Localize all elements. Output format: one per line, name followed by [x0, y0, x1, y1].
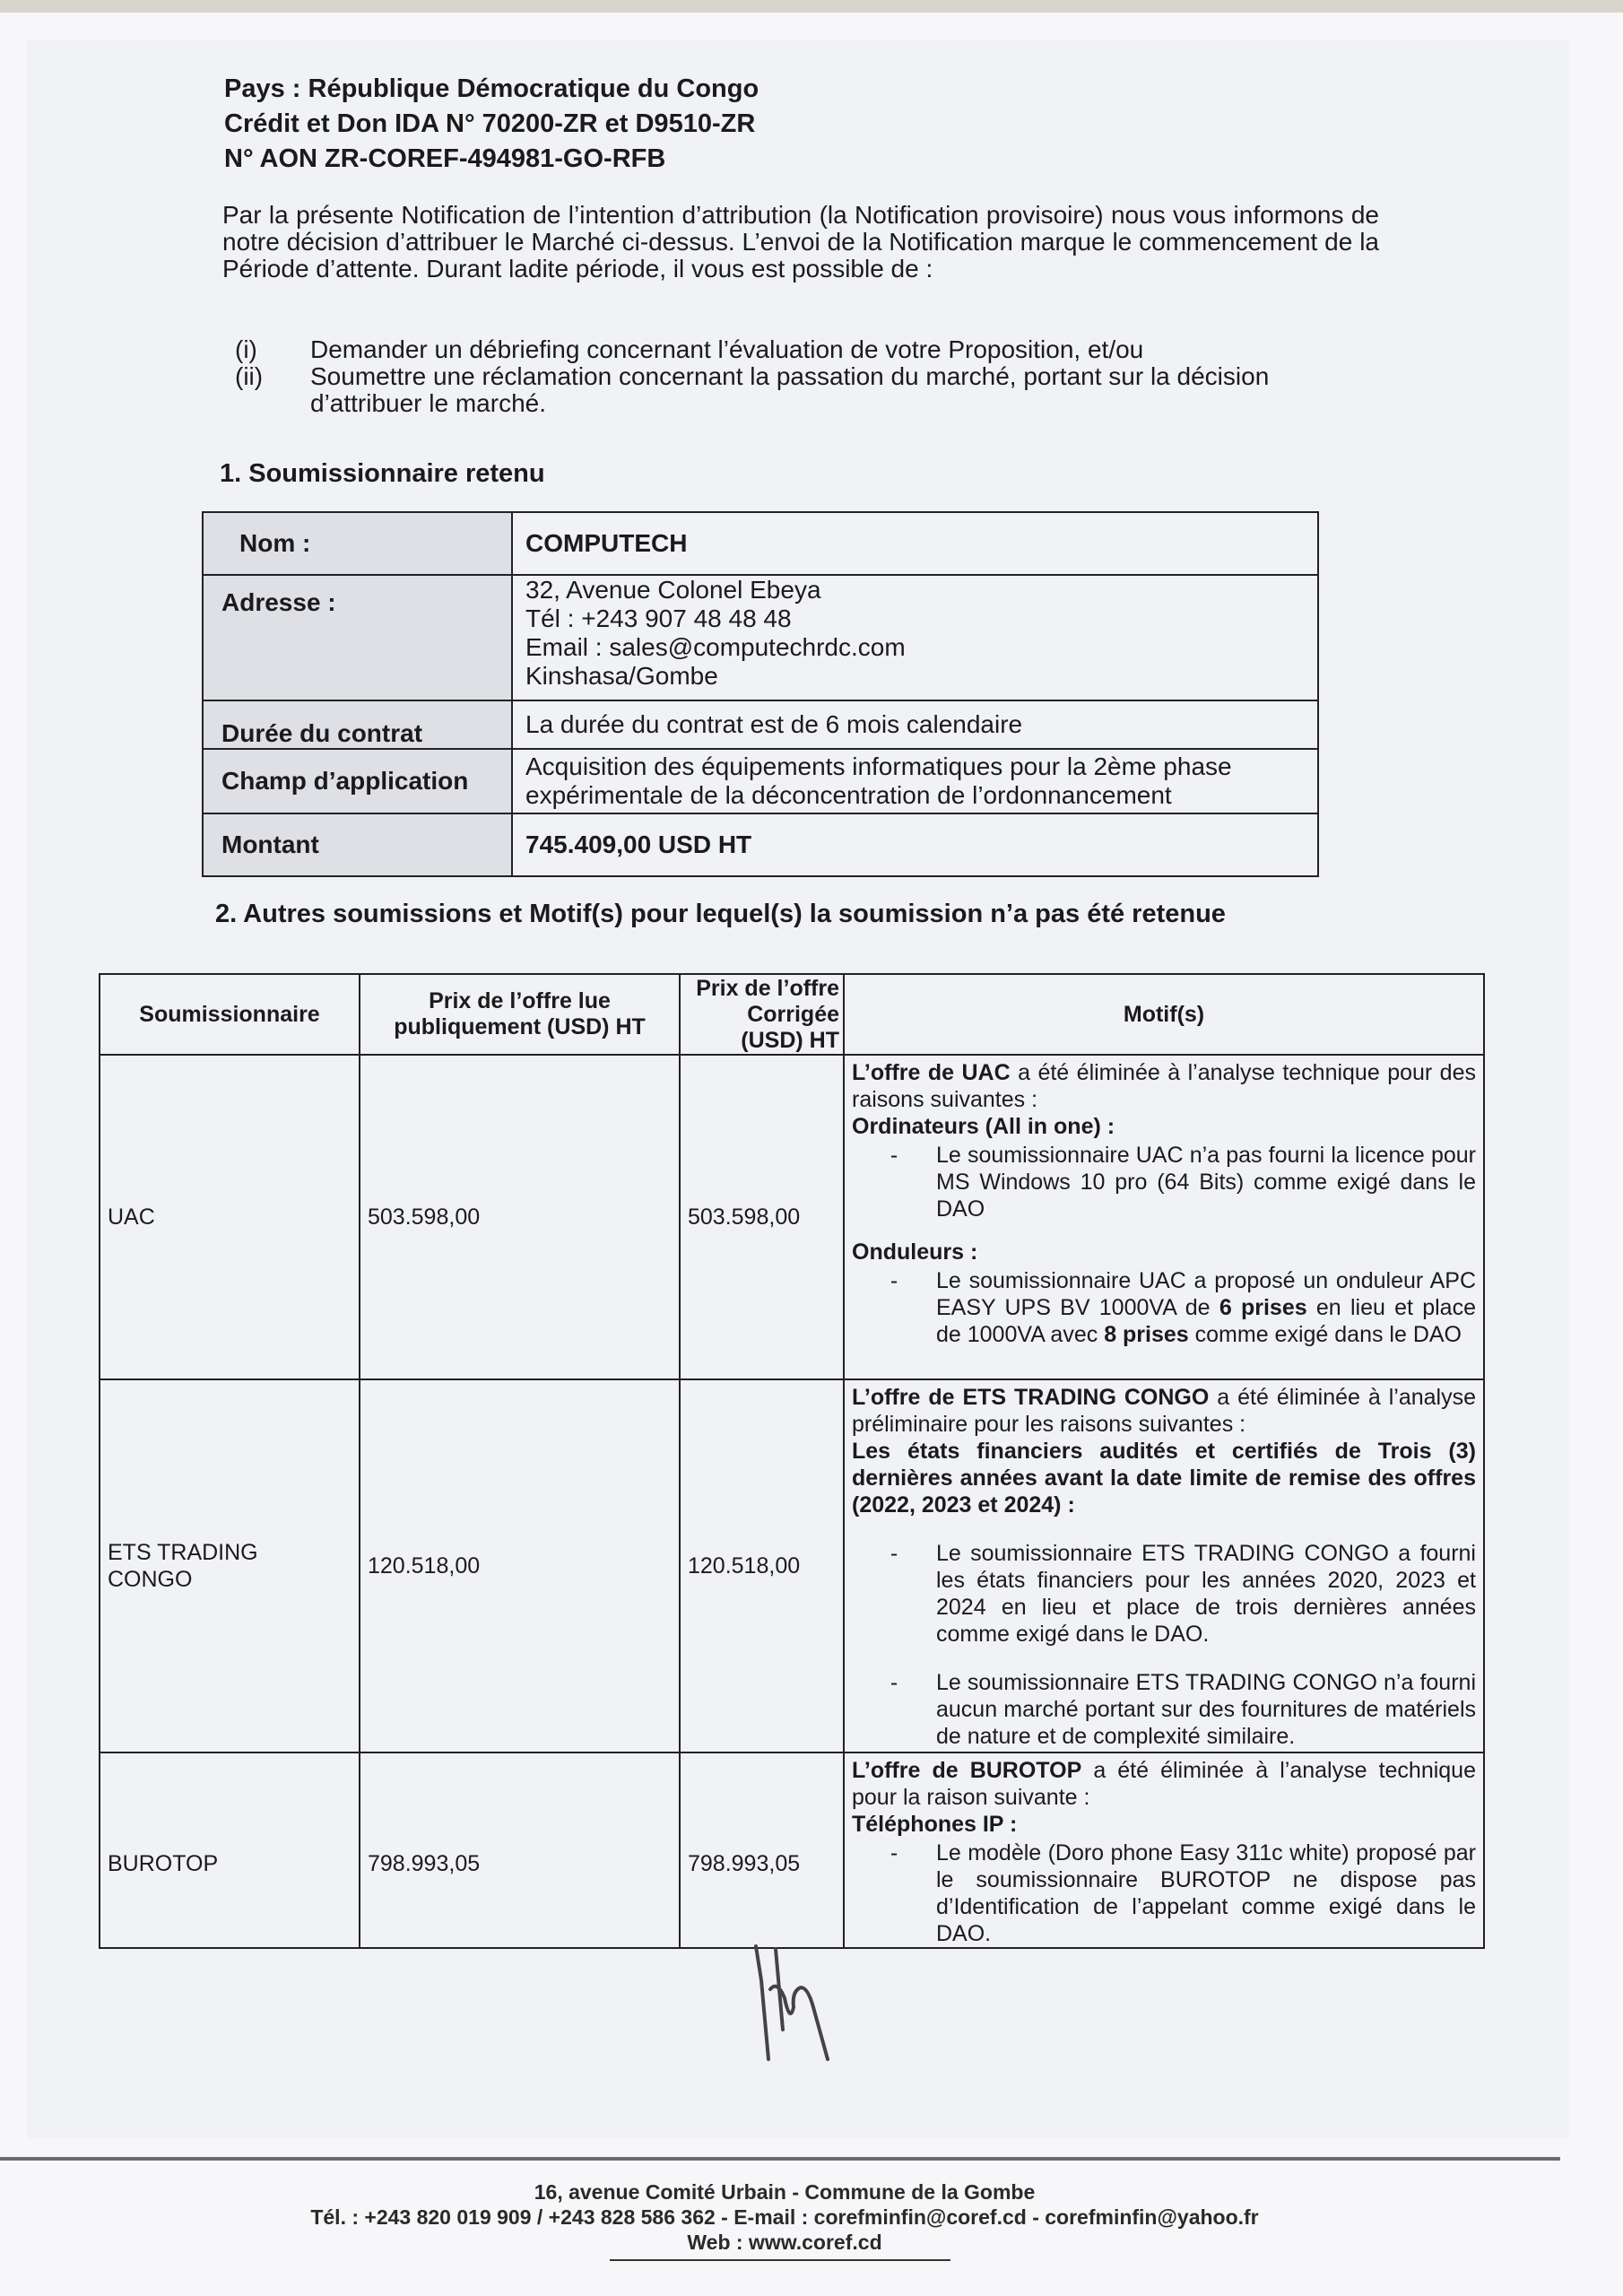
footer-web: Web : www.coref.cd: [179, 2230, 1390, 2255]
motif-cell: L’offre de ETS TRADING CONGO a été élimi…: [845, 1380, 1483, 1752]
bidder-cell-text: BUROTOP: [108, 1850, 218, 1877]
footer-underline: [610, 2259, 950, 2261]
motif-bullet-text: Le soumissionnaire ETS TRADING CONGO a f…: [936, 1540, 1476, 1648]
value-line: Tél : +243 907 48 48 48: [525, 604, 1305, 633]
header-price-read: Prix de l’offre lue publiquement (USD) H…: [360, 975, 681, 1054]
motif-heading: Ordinateurs (All in one) :: [852, 1113, 1476, 1140]
winner-label: Durée du contrat: [204, 701, 513, 748]
winner-row: Champ d’applicationAcquisition des équip…: [204, 748, 1317, 813]
winner-label: Champ d’application: [204, 750, 513, 813]
credit-line: Crédit et Don IDA N° 70200-ZR et D9510-Z…: [224, 107, 759, 142]
header-motif: Motif(s): [845, 975, 1483, 1054]
document-header: Pays : République Démocratique du Congo …: [224, 72, 759, 177]
motif-bullet-text: Le modèle (Doro phone Easy 311c white) p…: [936, 1839, 1476, 1947]
winner-row: Nom :COMPUTECH: [204, 513, 1317, 574]
winner-row: Adresse :32, Avenue Colonel EbeyaTél : +…: [204, 574, 1317, 700]
section-1-title: 1. Soumissionnaire retenu: [220, 459, 545, 489]
motif-heading: Onduleurs :: [852, 1239, 1476, 1265]
footer-contact: Tél. : +243 820 019 909 / +243 828 586 3…: [179, 2205, 1390, 2230]
country-line: Pays : République Démocratique du Congo: [224, 72, 759, 107]
price-read-cell: 120.518,00: [360, 1380, 681, 1752]
motif-bullet-text: Le soumissionnaire UAC a proposé un ondu…: [936, 1267, 1476, 1348]
price-read-cell: 503.598,00: [360, 1056, 681, 1378]
value-line: 745.409,00 USD HT: [525, 831, 1305, 859]
value-line: 32, Avenue Colonel Ebeya: [525, 576, 1305, 604]
bidder-cell: ETS TRADING CONGO: [100, 1380, 360, 1752]
winner-label: Adresse :: [204, 576, 513, 700]
dash-bullet-icon: -: [852, 1267, 936, 1348]
winner-table: Nom :COMPUTECHAdresse :32, Avenue Colone…: [202, 511, 1319, 877]
motif-intro-bold: L’offre de BUROTOP: [852, 1758, 1081, 1783]
list-item: (ii) Soumettre une réclamation concernan…: [235, 363, 1311, 417]
dash-bullet-icon: -: [852, 1839, 936, 1947]
winner-value: La durée du contrat est de 6 mois calend…: [513, 701, 1317, 748]
value-line: COMPUTECH: [525, 529, 1305, 558]
footer-divider: [0, 2157, 1560, 2161]
value-line: Acquisition des équipements informatique…: [525, 752, 1305, 810]
motif-intro: L’offre de UAC a été éliminée à l’analys…: [852, 1059, 1476, 1113]
value-line: La durée du contrat est de 6 mois calend…: [525, 710, 1305, 739]
price-read-cell-text: 503.598,00: [368, 1204, 480, 1231]
emphasis: 8 prises: [1104, 1322, 1189, 1347]
winner-value: 745.409,00 USD HT: [513, 814, 1317, 875]
section-2-title: 2. Autres soumissions et Motif(s) pour l…: [215, 900, 1226, 929]
motif-intro: L’offre de ETS TRADING CONGO a été élimi…: [852, 1384, 1476, 1438]
motif-bullet: -Le soumissionnaire ETS TRADING CONGO a …: [852, 1540, 1476, 1648]
header-price-corrected: Prix de l’offre Corrigée (USD) HT: [681, 975, 845, 1054]
motif-bullet-text: Le soumissionnaire UAC n’a pas fourni la…: [936, 1142, 1476, 1222]
price-corrected-cell: 120.518,00: [681, 1380, 845, 1752]
motif-bullet-text: Le soumissionnaire ETS TRADING CONGO n’a…: [936, 1669, 1476, 1750]
header-bidder: Soumissionnaire: [100, 975, 360, 1054]
price-corrected-cell-text: 798.993,05: [688, 1850, 800, 1877]
emphasis: 6 prises: [1219, 1295, 1307, 1320]
motif-cell: L’offre de BUROTOP a été éliminée à l’an…: [845, 1753, 1483, 1947]
dash-bullet-icon: -: [852, 1142, 936, 1222]
price-read-cell-text: 120.518,00: [368, 1552, 480, 1579]
motif-cell: L’offre de UAC a été éliminée à l’analys…: [845, 1056, 1483, 1378]
dash-bullet-icon: -: [852, 1669, 936, 1750]
winner-row: Montant745.409,00 USD HT: [204, 813, 1317, 875]
motif-bullet: -Le modèle (Doro phone Easy 311c white) …: [852, 1839, 1476, 1947]
motif-bullet: -Le soumissionnaire ETS TRADING CONGO n’…: [852, 1669, 1476, 1750]
bidder-cell: UAC: [100, 1056, 360, 1378]
table-header: Soumissionnaire Prix de l’offre lue publ…: [100, 975, 1483, 1056]
motif-intro: L’offre de BUROTOP a été éliminée à l’an…: [852, 1757, 1476, 1811]
winner-row: Durée du contratLa durée du contrat est …: [204, 700, 1317, 748]
footer: 16, avenue Comité Urbain - Commune de la…: [179, 2179, 1390, 2255]
winner-label: Nom :: [204, 513, 513, 574]
aon-line: N° AON ZR-COREF-494981-GO-RFB: [224, 142, 759, 177]
value-line: Kinshasa/Gombe: [525, 662, 1305, 691]
price-corrected-cell-text: 120.518,00: [688, 1552, 800, 1579]
price-corrected-cell: 503.598,00: [681, 1056, 845, 1378]
winner-value: Acquisition des équipements informatique…: [513, 750, 1317, 813]
list-item: (i) Demander un débriefing concernant l’…: [235, 336, 1311, 363]
other-bids-table: Soumissionnaire Prix de l’offre lue publ…: [99, 973, 1485, 1949]
bidder-cell-text: ETS TRADING CONGO: [108, 1539, 269, 1593]
list-number: (ii): [235, 363, 310, 417]
price-corrected-cell-text: 503.598,00: [688, 1204, 800, 1231]
scan-edge: [0, 0, 1623, 13]
options-list: (i) Demander un débriefing concernant l’…: [235, 336, 1311, 417]
bidder-cell-text: UAC: [108, 1204, 155, 1231]
price-read-cell-text: 798.993,05: [368, 1850, 480, 1877]
motif-heading: Les états financiers audités et certifié…: [852, 1438, 1476, 1518]
motif-intro-bold: L’offre de UAC: [852, 1060, 1011, 1085]
motif-heading: Téléphones IP :: [852, 1811, 1476, 1838]
table-row: UAC503.598,00503.598,00L’offre de UAC a …: [100, 1056, 1483, 1380]
table-row: BUROTOP798.993,05798.993,05L’offre de BU…: [100, 1753, 1483, 1947]
list-text: Demander un débriefing concernant l’éval…: [310, 336, 1143, 363]
price-corrected-cell: 798.993,05: [681, 1753, 845, 1947]
winner-value: 32, Avenue Colonel EbeyaTél : +243 907 4…: [513, 576, 1317, 700]
motif-bullet: -Le soumissionnaire UAC a proposé un ond…: [852, 1267, 1476, 1348]
motif-bullet: -Le soumissionnaire UAC n’a pas fourni l…: [852, 1142, 1476, 1222]
list-number: (i): [235, 336, 310, 363]
footer-address: 16, avenue Comité Urbain - Commune de la…: [179, 2179, 1390, 2205]
table-body: UAC503.598,00503.598,00L’offre de UAC a …: [100, 1056, 1483, 1947]
intro-paragraph: Par la présente Notification de l’intent…: [222, 202, 1379, 283]
price-read-cell: 798.993,05: [360, 1753, 681, 1947]
signature-icon: [749, 1944, 865, 2070]
motif-intro-bold: L’offre de ETS TRADING CONGO: [852, 1385, 1209, 1410]
table-row: ETS TRADING CONGO120.518,00120.518,00L’o…: [100, 1380, 1483, 1753]
value-line: Email : sales@computechrdc.com: [525, 633, 1305, 662]
list-text: Soumettre une réclamation concernant la …: [310, 363, 1311, 417]
signature: [749, 1944, 865, 2074]
winner-label: Montant: [204, 814, 513, 875]
dash-bullet-icon: -: [852, 1540, 936, 1648]
intro-text: Par la présente Notification de l’intent…: [222, 202, 1379, 283]
winner-value: COMPUTECH: [513, 513, 1317, 574]
bidder-cell: BUROTOP: [100, 1753, 360, 1947]
